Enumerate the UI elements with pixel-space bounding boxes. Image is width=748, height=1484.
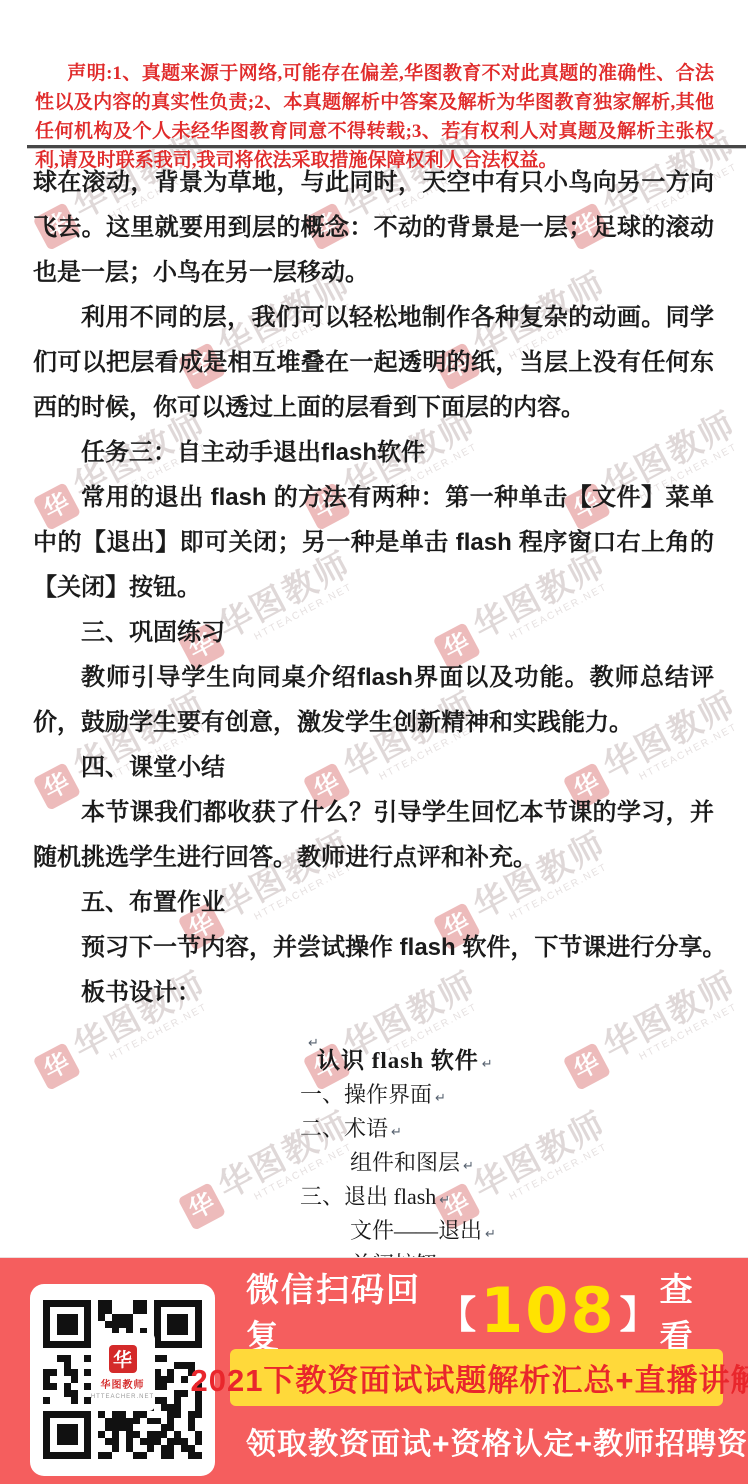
disclaimer-text: 声明:1、真题来源于网络,可能存在偏差,华图教育不对此真题的准确性、合法性以及内… bbox=[35, 59, 714, 175]
qr-code: 华 华图教师 HTTEACHER.NET bbox=[30, 1284, 215, 1476]
section-heading: 任务三：自主动手退出flash软件 bbox=[33, 430, 714, 475]
qr-brand-text: 华图教师 bbox=[101, 1376, 145, 1391]
paragraph-mark: ↵ bbox=[391, 1125, 402, 1140]
board-line-text: 组件和图层 bbox=[350, 1150, 460, 1175]
qr-center-logo: 华 华图教师 HTTEACHER.NET bbox=[91, 1333, 155, 1411]
banner-footer-text: 领取教资面试+资格认定+教师招聘资料 bbox=[246, 1419, 723, 1463]
paragraph: 球在滚动，背景为草地，与此同时，天空中有只小鸟向另一方向飞去。这里就要用到层的概… bbox=[33, 160, 714, 295]
qr-site-text: HTTEACHER.NET bbox=[91, 1394, 154, 1400]
board-line: 组件和图层↵ bbox=[350, 1148, 496, 1182]
banner-headline: 微信扫码回复 【 108 】 查看 bbox=[246, 1282, 723, 1340]
board-line: 二、术语↵ bbox=[300, 1114, 496, 1148]
paragraph-mark: ↵ bbox=[435, 1091, 446, 1106]
board-line: 文件——退出↵ bbox=[350, 1216, 496, 1250]
bracket-open: 【 bbox=[438, 1284, 476, 1339]
document-page: 华华图教师HTTEACHER.NET华华图教师HTTEACHER.NET华华图教… bbox=[0, 0, 748, 1484]
banner-headline-prefix: 微信扫码回复 bbox=[246, 1264, 436, 1358]
board-line-text: 一、操作界面 bbox=[300, 1082, 432, 1107]
huatu-logo-icon: 华 bbox=[109, 1345, 137, 1373]
banner-headline-suffix: 查看 bbox=[660, 1264, 723, 1358]
board-line-text: 二、术语 bbox=[300, 1116, 388, 1141]
reply-code: 108 bbox=[480, 1280, 615, 1342]
banner-highlight: 2021下教资面试试题解析汇总+直播讲解 bbox=[230, 1349, 723, 1406]
paragraph-mark: ↵ bbox=[439, 1193, 450, 1208]
board-line: 一、操作界面↵ bbox=[300, 1080, 496, 1114]
paragraph: 利用不同的层，我们可以轻松地制作各种复杂的动画。同学们可以把层看成是相互堆叠在一… bbox=[33, 295, 714, 430]
paragraph-mark: ↵ bbox=[463, 1159, 474, 1174]
banner-text-area: 微信扫码回复 【 108 】 查看 2021下教资面试试题解析汇总+直播讲解 领… bbox=[230, 1258, 723, 1484]
board-title-text: 认识 flash 软件 bbox=[317, 1048, 479, 1073]
section-heading: 四、课堂小结 bbox=[33, 745, 714, 790]
board-line-text: 三、退出 flash bbox=[300, 1184, 436, 1209]
board-line: 三、退出 flash↵ bbox=[300, 1182, 496, 1216]
paragraph-mark: ↵ bbox=[485, 1227, 496, 1242]
paragraph: 教师引导学生向同桌介绍flash界面以及功能。教师总结评价，鼓励学生要有创意，激… bbox=[33, 655, 714, 745]
paragraph-mark: ↵ bbox=[308, 1028, 496, 1046]
board-design-block: ↵ 认识 flash 软件↵ 一、操作界面↵ 二、术语↵ 组件和图层↵ 三、退出… bbox=[300, 1028, 496, 1284]
promo-banner: 华 华图教师 HTTEACHER.NET 微信扫码回复 【 108 】 查看 2… bbox=[0, 1257, 748, 1484]
paragraph: 常用的退出 flash 的方法有两种：第一种单击【文件】菜单中的【退出】即可关闭… bbox=[33, 475, 714, 610]
section-heading: 五、布置作业 bbox=[33, 880, 714, 925]
board-design-label: 板书设计： bbox=[33, 970, 714, 1015]
bracket-close: 】 bbox=[620, 1284, 658, 1339]
board-line-text: 文件——退出 bbox=[350, 1218, 482, 1243]
paragraph: 预习下一节内容，并尝试操作 flash 软件，下节课进行分享。 bbox=[33, 925, 714, 970]
disclaimer-label: 声明: bbox=[67, 63, 112, 84]
paragraph: 本节课我们都收获了什么？引导学生回忆本节课的学习，并随机挑选学生进行回答。教师进… bbox=[33, 790, 714, 880]
section-heading: 三、巩固练习 bbox=[33, 610, 714, 655]
disclaimer-body: 1、真题来源于网络,可能存在偏差,华图教育不对此真题的准确性、合法性以及内容的真… bbox=[35, 63, 714, 171]
board-title: 认识 flash 软件↵ bbox=[317, 1046, 496, 1080]
lesson-text: 球在滚动，背景为草地，与此同时，天空中有只小鸟向另一方向飞去。这里就要用到层的概… bbox=[33, 160, 714, 1015]
separator-rule bbox=[27, 145, 746, 149]
paragraph-mark: ↵ bbox=[482, 1057, 494, 1072]
